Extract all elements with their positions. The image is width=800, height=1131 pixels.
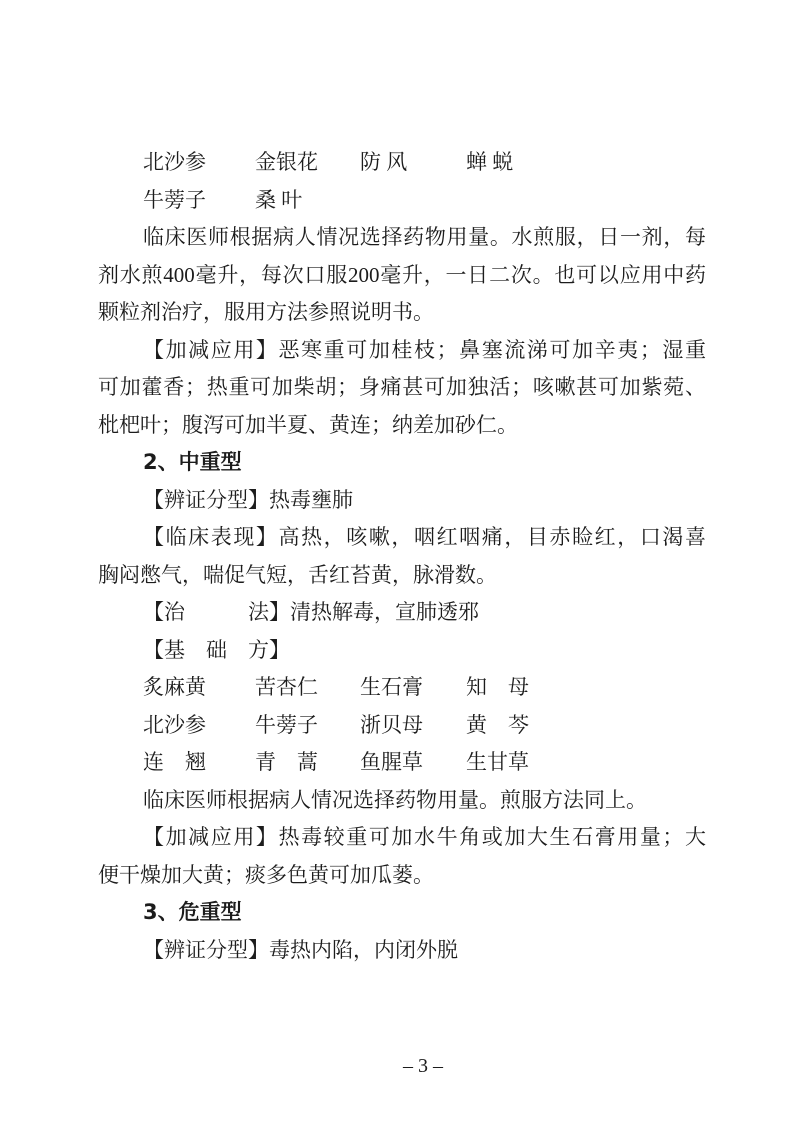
clinical-manifestation-line: 【临床表现】高热，咳嗽，咽红咽痛，目赤睑红，口渴喜饮， xyxy=(98,519,706,557)
treatment-method-line: 【治 法】清热解毒，宣肺透邪 xyxy=(98,594,706,632)
paragraph-line: 便干燥加大黄；痰多色黄可加瓜蒌。 xyxy=(98,857,706,895)
paragraph-line: 枇杷叶；腹泻可加半夏、黄连；纳差加砂仁。 xyxy=(98,407,706,445)
paragraph-line: 剂水煎400毫升，每次口服200毫升，一日二次。也可以应用中药 xyxy=(98,257,706,295)
paragraph-line: 临床医师根据病人情况选择药物用量。水煎服，日一剂，每 xyxy=(98,219,706,257)
syndrome-type-line: 【辨证分型】毒热内陷，内闭外脱 xyxy=(98,932,706,970)
herb-name: 知 母 xyxy=(466,669,529,707)
herb-table-row: 连 翘青 蒿鱼腥草生甘草 xyxy=(98,744,706,782)
paragraph-line: 颗粒剂治疗，服用方法参照说明书。 xyxy=(98,294,706,332)
herb-name: 蝉 蜕 xyxy=(466,144,513,182)
base-formula-label: 【基 础 方】 xyxy=(98,632,706,670)
syndrome-type-line: 【辨证分型】热毒壅肺 xyxy=(98,482,706,520)
herb-name: 牛蒡子 xyxy=(143,182,255,220)
dosage-note-line: 临床医师根据病人情况选择药物用量。煎服方法同上。 xyxy=(98,782,706,820)
page-number: – 3 – xyxy=(403,1055,443,1077)
herb-name: 生石膏 xyxy=(360,669,466,707)
section-heading: 3、危重型 xyxy=(98,894,706,932)
herb-name: 生甘草 xyxy=(466,744,529,782)
herb-table-row: 牛蒡子桑 叶 xyxy=(98,182,706,220)
herb-name: 牛蒡子 xyxy=(255,707,360,745)
herb-name: 北沙参 xyxy=(143,707,255,745)
herb-name: 炙麻黄 xyxy=(143,669,255,707)
herb-name: 青 蒿 xyxy=(255,744,360,782)
clinical-manifestation-line: 胸闷憋气，喘促气短，舌红苔黄，脉滑数。 xyxy=(98,557,706,595)
herb-table-row: 北沙参金银花防 风蝉 蜕 xyxy=(98,144,706,182)
paragraph-line: 【加减应用】恶寒重可加桂枝；鼻塞流涕可加辛夷；湿重 xyxy=(98,332,706,370)
herb-table-row: 炙麻黄苦杏仁生石膏知 母 xyxy=(98,669,706,707)
document-content: 北沙参金银花防 风蝉 蜕 牛蒡子桑 叶 临床医师根据病人情况选择药物用量。水煎服… xyxy=(98,144,706,969)
herb-name: 鱼腥草 xyxy=(360,744,466,782)
section-heading: 2、中重型 xyxy=(98,444,706,482)
herb-table-row: 北沙参牛蒡子浙贝母黄 芩 xyxy=(98,707,706,745)
paragraph-line: 【加减应用】热毒较重可加水牛角或加大生石膏用量；大 xyxy=(98,819,706,857)
herb-name: 浙贝母 xyxy=(360,707,466,745)
page-footer: – 3 – xyxy=(46,1051,800,1081)
herb-name: 桑 叶 xyxy=(255,182,360,220)
document-page: 北沙参金银花防 风蝉 蜕 牛蒡子桑 叶 临床医师根据病人情况选择药物用量。水煎服… xyxy=(0,0,800,1131)
herb-name: 北沙参 xyxy=(143,144,255,182)
herb-name: 黄 芩 xyxy=(466,707,529,745)
herb-name: 防 风 xyxy=(360,144,466,182)
herb-name: 苦杏仁 xyxy=(255,669,360,707)
herb-name: 金银花 xyxy=(255,144,360,182)
paragraph-line: 可加藿香；热重可加柴胡；身痛甚可加独活；咳嗽甚可加紫菀、 xyxy=(98,369,706,407)
herb-name: 连 翘 xyxy=(143,744,255,782)
